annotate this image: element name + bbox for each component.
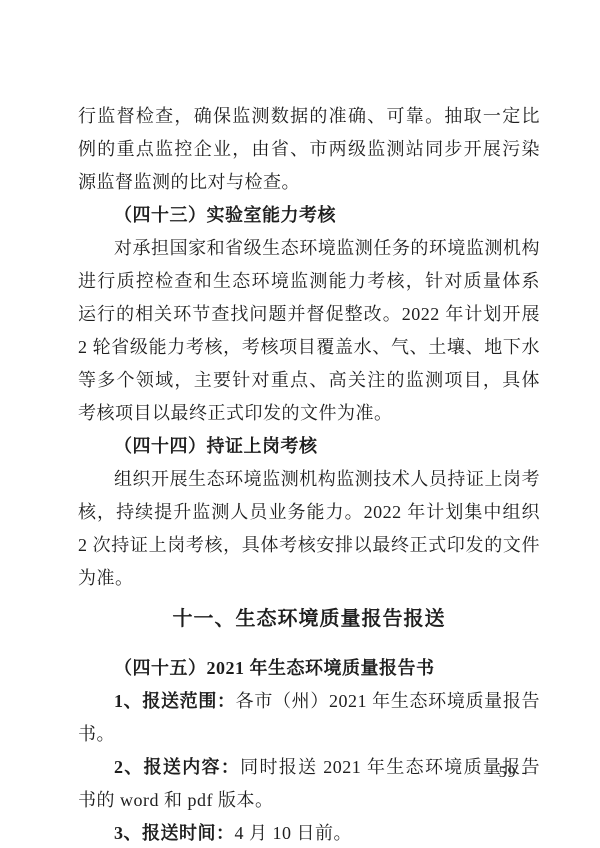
- section-43-body: 对承担国家和省级生态环境监测任务的环境监测机构进行质控检查和生态环境监测能力考核…: [78, 232, 540, 430]
- chapter-heading: 十一、生态环境质量报告报送: [78, 603, 540, 636]
- continuation-paragraph: 行监督检查，确保监测数据的准确、可靠。抽取一定比例的重点监控企业，由省、市两级监…: [78, 100, 540, 199]
- report-item-time-text: 4 月 10 日前。: [235, 823, 353, 843]
- section-45-heading: （四十五）2021 年生态环境质量报告书: [78, 652, 540, 685]
- report-item-time: 3、报送时间：4 月 10 日前。: [78, 817, 540, 848]
- document-page: 行监督检查，确保监测数据的准确、可靠。抽取一定比例的重点监控企业，由省、市两级监…: [0, 0, 600, 848]
- section-44-body: 组织开展生态环境监测机构监测技术人员持证上岗考核，持续提升监测人员业务能力。20…: [78, 463, 540, 595]
- report-item-time-label: 3、报送时间：: [114, 823, 235, 843]
- report-item-content-label: 2、报送内容：: [114, 757, 240, 777]
- document-body: 行监督检查，确保监测数据的准确、可靠。抽取一定比例的重点监控企业，由省、市两级监…: [78, 100, 540, 848]
- section-44-heading: （四十四）持证上岗考核: [78, 430, 540, 463]
- section-43-heading: （四十三）实验室能力考核: [78, 199, 540, 232]
- page-number: - 59 -: [487, 764, 528, 782]
- report-item-content: 2、报送内容：同时报送 2021 年生态环境质量报告书的 word 和 pdf …: [78, 751, 540, 817]
- report-item-scope: 1、报送范围：各市（州）2021 年生态环境质量报告书。: [78, 685, 540, 751]
- report-item-scope-label: 1、报送范围：: [114, 691, 236, 711]
